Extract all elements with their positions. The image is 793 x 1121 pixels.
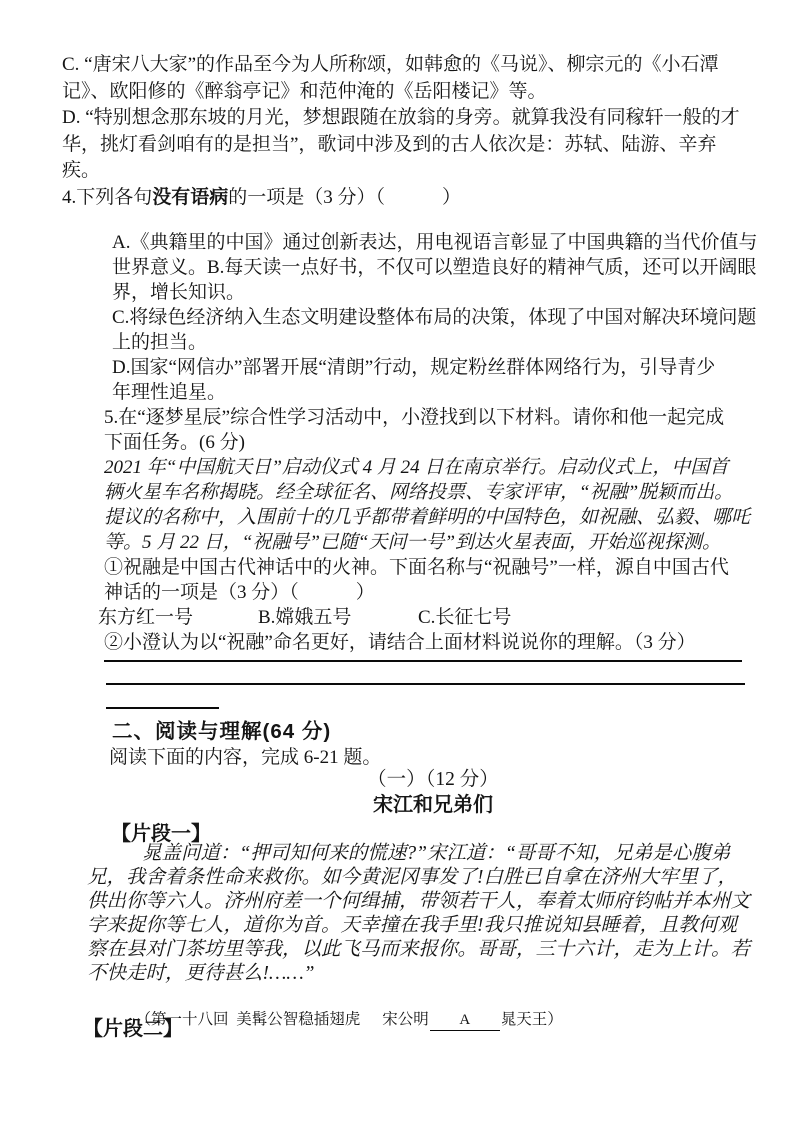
q5-material-line1: 2021 年“中国航天日”启动仪式 4 月 24 日在南京举行。启动仪式上，中国… (104, 455, 757, 480)
choice-c-changzheng7: C.长征七号 (418, 605, 511, 630)
q4-option-d-line2: 年理性追星。 (104, 380, 757, 405)
q4-options-and-q5-block: A.《典籍里的中国》通过创新表达，用电视语言彰显了中国典籍的当代价值与 世界意义… (104, 230, 757, 655)
exam-paper-page: C. “唐宋八大家”的作品至今为人所称颂，如韩愈的《马说》、柳宗元的《小石潭 记… (0, 0, 793, 1121)
source-chaotianwang: 晁天王） (501, 1011, 563, 1028)
option-d-line3: 疾。 (62, 158, 740, 185)
question-5-stem-line2: 下面任务。(6 分) (104, 430, 757, 455)
option-c-line2: 记》、欧阳修的《醉翁亭记》和范仲淹的《岳阳楼记》等。 (62, 79, 740, 106)
source-songgongming: 宋公明 (382, 1011, 429, 1028)
option-c-line1: C. “唐宋八大家”的作品至今为人所称颂，如韩愈的《马说》、柳宗元的《小石潭 (62, 52, 740, 79)
source-blank-a: A (430, 1012, 500, 1031)
answer-line-1 (104, 660, 742, 662)
choice-b-change5: B.嫦娥五号 (258, 605, 351, 630)
q5-material-line4: 等。5 月 22 日，“祝融号”已随“天问一号”到达火星表面，开始巡视探测。 (104, 530, 757, 555)
q4-option-c-line2: 上的担当。 (104, 330, 757, 355)
passage-line2: 兄，我舍着条性命来救你。如今黄泥冈事发了!白胜已自拿在济州大牢里了， (87, 866, 750, 890)
q4-option-a-line1: A.《典籍里的中国》通过创新表达，用电视语言彰显了中国典籍的当代价值与 (104, 230, 757, 255)
section2-intro: 阅读下面的内容，完成 6-21 题。 (109, 742, 381, 769)
question-4-stem: 4.下列各句没有语病的一项是（3 分）（ ） (62, 185, 740, 212)
q4-option-c-line1: C.将绿色经济纳入生态文明建设整体布局的决策，体现了中国对解决环境问题 (104, 305, 757, 330)
part1-label: （一）（12 分） (73, 768, 793, 792)
q4-option-d-line1: D.国家“网信办”部署开展“清朗”行动，规定粉丝群体网络行为，引导青少 (104, 355, 757, 380)
q4-bold-phrase: 没有语病 (152, 187, 228, 208)
q5-sub1-choices-row: 东方红一号 B.嫦娥五号 C.长征七号 (104, 605, 757, 630)
part1-header: （一）（12 分） 宋江和兄弟们 (73, 768, 793, 817)
passage-line4: 字来捉你等七人，道你为首。天幸撞在我手里!我只推说知县睡着，且教何观 (87, 914, 750, 938)
q5-material-line2: 辆火星车名称揭晓。经全球征名、网络投票、专家评审，“祝融”脱颖而出。 (104, 480, 757, 505)
choice-dongfanghong: 东方红一号 (98, 605, 193, 630)
passage-line5: 察在县对门茶坊里等我，以此飞马而来报你。哥哥，三十六计，走为上计。若 (87, 938, 750, 962)
passage-source-line: （第一十八回 美髯公智稳插翅虎宋公明A晁天王） (120, 989, 563, 1049)
section2-heading: 二、阅读与理解(64 分) (112, 714, 331, 744)
answer-line-3-short (106, 707, 219, 709)
q5-sub1-line2: 神话的一项是（3 分）（ ） (104, 580, 757, 605)
passage-line1: 晁盖问道：“押司知何来的慌速?”宋江道：“哥哥不知，兄弟是心腹弟 (87, 842, 750, 866)
q5-sub1-line1: ①祝融是中国古代神话中的火神。下面名称与“祝融号”一样，源自中国古代 (104, 555, 757, 580)
passage-line3: 供出你等六人。济州府差一个何缉捕，带领若干人，奉着太师府钧帖并本州文 (87, 890, 750, 914)
passage-fragment1: 晁盖问道：“押司知何来的慌速?”宋江道：“哥哥不知，兄弟是心腹弟 兄，我舍着条性… (87, 842, 750, 986)
q4-suffix: 的一项是（3 分）（ ） (228, 187, 461, 208)
q4-option-ab-line2: 世界意义。B.每天读一点好书，不仅可以塑造良好的精神气质，还可以开阔眼 (104, 255, 757, 280)
q5-sub2-stem: ②小澄认为以“祝融”命名更好，请结合上面材料说说你的理解。（3 分） (104, 630, 757, 655)
q5-material-line3: 提议的名称中，入围前十的几乎都带着鲜明的中国特色，如祝融、弘毅、哪吒 (104, 505, 757, 530)
passage-title: 宋江和兄弟们 (73, 793, 793, 817)
question3-cd-and-q4-block: C. “唐宋八大家”的作品至今为人所称颂，如韩愈的《马说》、柳宗元的《小石潭 记… (62, 52, 740, 211)
option-d-line1: D. “特别想念那东坡的月光，梦想跟随在放翁的身旁。就算我没有同稼轩一般的才 (62, 105, 740, 132)
answer-line-2 (106, 683, 745, 685)
option-d-line2: 华，挑灯看剑咱有的是担当”，歌词中涉及到的古人依次是：苏轼、陆游、辛弃 (62, 132, 740, 159)
q4-prefix: 4.下列各句 (62, 187, 152, 208)
question-5-stem-line1: 5.在“逐梦星辰”综合性学习活动中，小澄找到以下材料。请你和他一起完成 (104, 405, 757, 430)
passage-line6: 不快走时，更待甚么!……” (87, 962, 750, 986)
fragment2-label: 【片段二】 (83, 1012, 183, 1041)
q4-option-b-line3: 界，增长知识。 (104, 280, 757, 305)
